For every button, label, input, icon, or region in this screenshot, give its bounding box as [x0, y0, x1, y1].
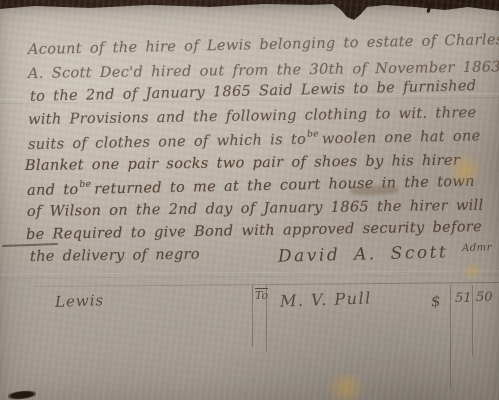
line-text: the delivery of negro [30, 247, 200, 265]
line-text: and to [27, 182, 79, 199]
ledger-column-rule [450, 285, 451, 388]
inserted-word: be [307, 129, 319, 139]
document-line-10: the delivery of negro [30, 247, 200, 265]
document-photo: Acount of the hire of Lewis belonging to… [0, 0, 499, 400]
ledger-payee: M. V. Pull [280, 288, 372, 310]
ledger-to-label: To [255, 289, 268, 302]
ledger-amount-cents: 50 [476, 290, 493, 305]
ledger-name: Lewis [55, 291, 105, 311]
signature-title: Admr [462, 242, 492, 254]
ledger-column-rule [252, 285, 253, 347]
inserted-word: be [79, 180, 91, 190]
ledger-amount-dollars: 51 [455, 291, 472, 306]
ledger-column-rule [472, 285, 473, 356]
dollar-sign: $ [430, 292, 441, 311]
line-text: woolen one hat one [322, 128, 481, 147]
